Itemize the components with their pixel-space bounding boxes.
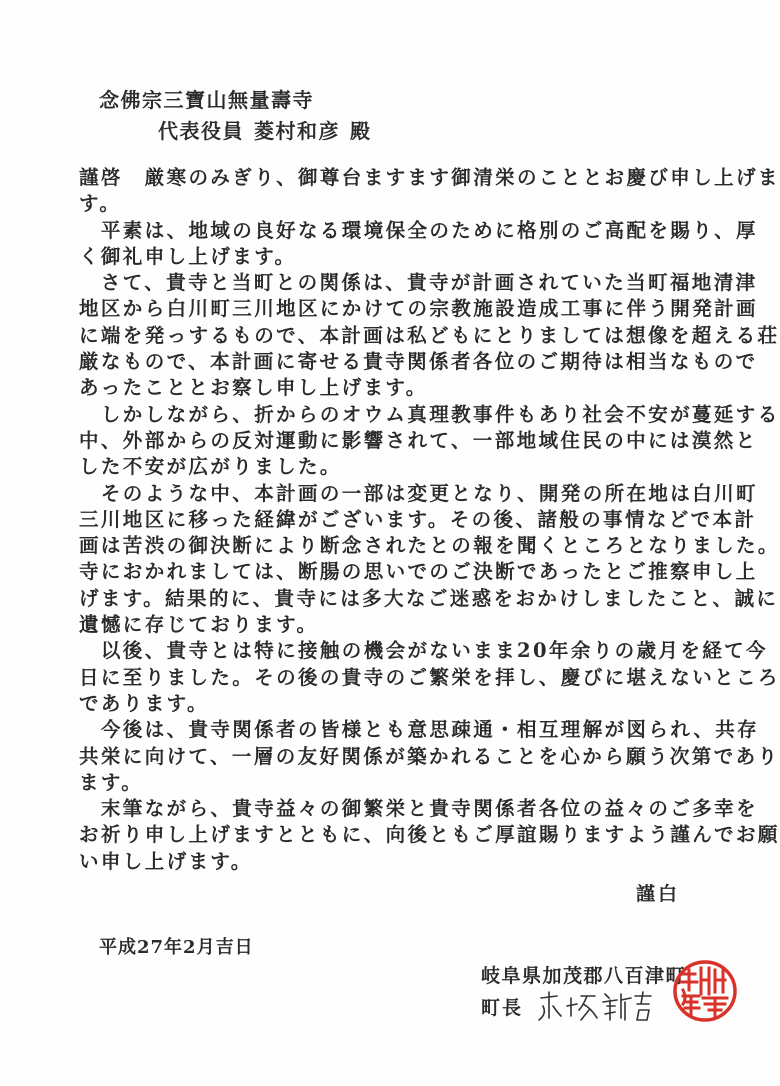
body-line: に端を発っするもので、本計画は私どもにとりましては想像を超える荘 [79, 323, 703, 349]
letter-body: 謹啓 厳寒のみぎり、御尊台ますます御清栄のこととお慶び申し上げま す。 平素は、… [79, 165, 703, 875]
official-seal-icon [673, 960, 737, 1022]
body-line: い申し上げます。 [79, 849, 703, 875]
addressee-organization: 念佛宗三寶山無量壽寺 [99, 84, 314, 113]
body-line: 共栄に向けて、一層の友好関係が築かれることを心から願う次第であり [79, 744, 703, 770]
sender-organization: 岐阜県加茂郡八百津町 [481, 961, 686, 988]
body-line: 今後は、貴寺関係者の皆様とも意思疎通・相互理解が図られ、共存 [79, 717, 703, 743]
body-line: ます。 [79, 770, 703, 796]
addressee-name: 菱村和彦 [254, 119, 340, 143]
body-line: あったこととお察し申し上げます。 [79, 375, 703, 401]
letter-page: 念佛宗三寶山無量壽寺 代表役員菱村和彦殿 謹啓 厳寒のみぎり、御尊台ますます御清… [0, 0, 780, 1086]
body-line: 三川地区に移った経緯がございます。その後、諸般の事情などで本計 [79, 507, 703, 533]
letter-date: 平成27年2月吉日 [99, 933, 254, 959]
body-line: 平素は、地域の良好なる環境保全のために格別のご高配を賜り、厚 [79, 218, 703, 244]
closing-salutation: 謹白 [636, 879, 680, 906]
body-line: げます。結果的に、貴寺には多大なご迷惑をおかけしましたこと、誠に [79, 586, 703, 612]
body-line: 末筆ながら、貴寺益々の御繁栄と貴寺関係者各位の益々のご多幸を [79, 796, 703, 822]
body-line: さて、貴寺と当町との関係は、貴寺が計画されていた当町福地清津 [79, 270, 703, 296]
body-line: 謹啓 厳寒のみぎり、御尊台ますます御清栄のこととお慶び申し上げま [79, 165, 703, 191]
body-line: 厳なもので、本計画に寄せる貴寺関係者各位のご期待は相当なもので [79, 349, 703, 375]
body-line: 中、外部からの反対運動に影響されて、一部地域住民の中には漠然と [79, 428, 703, 454]
sender-title: 町長 [481, 993, 523, 1020]
body-line: く御礼申し上げます。 [79, 244, 703, 270]
addressee-line: 代表役員菱村和彦殿 [158, 115, 382, 144]
addressee-role: 代表役員 [158, 119, 244, 143]
body-line: しかしながら、折からのオウム真理教事件もあり社会不安が蔓延する [79, 402, 703, 428]
body-line: お祈り申し上げますとともに、向後ともご厚誼賜りますよう謹んでお願 [79, 822, 703, 848]
body-line: 寺におかれましては、断腸の思いでのご決断であったとご推察申し上 [79, 559, 703, 585]
body-line: であります。 [79, 691, 703, 717]
body-line: 日に至りました。その後の貴寺のご繁栄を拝し、慶びに堪えないところ [79, 665, 703, 691]
body-line: 画は苦渋の御決断により断念されたとの報を聞くところとなりました。貴 [79, 533, 703, 559]
body-line: 以後、貴寺とは特に接触の機会がないまま20年余りの歳月を経て今 [79, 638, 703, 664]
body-line: した不安が広がりました。 [79, 454, 703, 480]
body-line: 地区から白川町三川地区にかけての宗教施設造成工事に伴う開発計画 [79, 296, 703, 322]
body-line: 遺憾に存じております。 [79, 612, 703, 638]
addressee-honorific: 殿 [350, 119, 372, 143]
body-line: そのような中、本計画の一部は変更となり、開発の所在地は白川町 [79, 481, 703, 507]
body-line: す。 [79, 191, 703, 217]
handwritten-signature [535, 988, 655, 1024]
